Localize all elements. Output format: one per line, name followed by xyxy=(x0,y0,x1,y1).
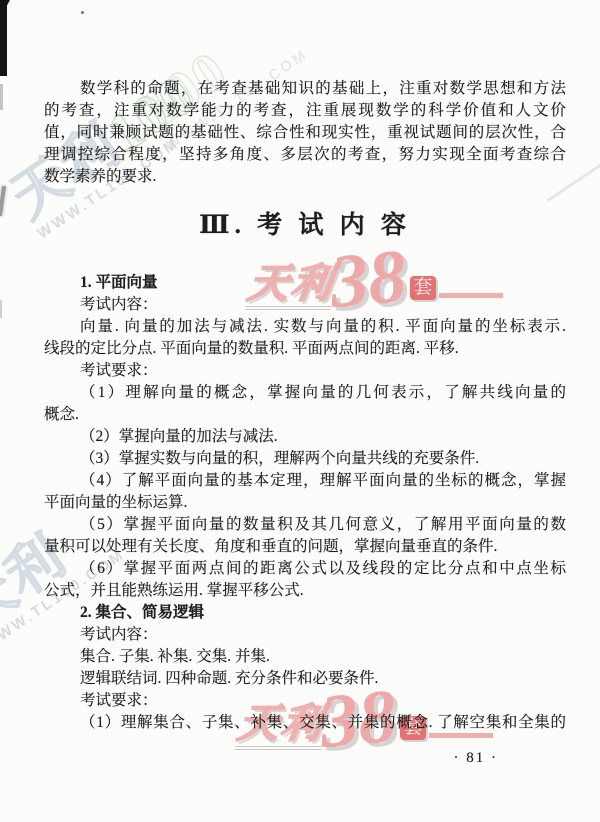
text-line: 线段的定比分点. 平面向量的数量积. 平面两点间的距离. 平移. xyxy=(44,338,566,360)
text-line: 平面向量的坐标运算. xyxy=(44,492,566,514)
text-line: 值，同时兼顾试题的基础性、综合性和现实性，重视试题间的层次性，合 xyxy=(44,122,566,144)
text-line: 考试要求： xyxy=(44,360,566,382)
text-line: 概念. xyxy=(44,404,566,426)
page-number: · 81 · xyxy=(44,748,566,768)
text-line: 考试内容： xyxy=(44,294,566,316)
text-line: 1. 平面向量 xyxy=(44,272,566,294)
text-line: 逻辑联结词. 四种命题. 充分条件和必要条件. xyxy=(44,668,566,690)
text-line: （1）理解集合、子集、补集、交集、并集的概念. 了解空集和全集的 xyxy=(44,712,566,734)
text-line: 的考查，注重对数学能力的考查，注重展现数学的科学价值和人文价 xyxy=(44,100,566,122)
page-content: 数学科的命题，在考查基础知识的基础上，注重对数学思想和方法的考查，注重对数学能力… xyxy=(0,0,600,768)
intro-paragraph: 数学科的命题，在考查基础知识的基础上，注重对数学思想和方法的考查，注重对数学能力… xyxy=(44,78,566,188)
scanned-document-page: 天利100 WWW.TL100.COM 100 WWW.TL100.COM 天利… xyxy=(0,0,600,822)
text-line: 理调控综合程度，坚持多角度、多层次的考查，努力实现全面考查综合 xyxy=(44,144,566,166)
text-line: （1）理解向量的概念，掌握向量的几何表示，了解共线向量的 xyxy=(44,382,566,404)
text-line: 量积可以处理有关长度、角度和垂直的问题，掌握向量垂直的条件. xyxy=(44,536,566,558)
text-line: 2. 集合、简易逻辑 xyxy=(44,602,566,624)
text-line: （5）掌握平面向量的数量积及其几何意义，了解用平面向量的数 xyxy=(44,514,566,536)
text-line: 公式，并且能熟练运用. 掌握平移公式. xyxy=(44,580,566,602)
text-line: 集合. 子集. 补集. 交集. 并集. xyxy=(44,646,566,668)
text-line: 数学素养的要求. xyxy=(44,166,566,188)
scan-dot-artifact xyxy=(81,11,84,14)
text-line: 考试要求： xyxy=(44,690,566,712)
syllabus-body: 1. 平面向量考试内容：向量. 向量的加法与减法. 实数与向量的积. 平面向量的… xyxy=(44,272,566,734)
text-line: 向量. 向量的加法与减法. 实数与向量的积. 平面向量的坐标表示. xyxy=(44,316,566,338)
text-line: 数学科的命题，在考查基础知识的基础上，注重对数学思想和方法 xyxy=(44,78,566,100)
section-heading: Ⅲ. 考 试 内 容 xyxy=(44,206,566,246)
text-line: （2）掌握向量的加法与减法. xyxy=(44,426,566,448)
text-line: 考试内容： xyxy=(44,624,566,646)
scan-smudge-artifact xyxy=(0,300,2,318)
text-line: （6）掌握平面两点间的距离公式以及线段的定比分点和中点坐标 xyxy=(44,558,566,580)
text-line: （3）掌握实数与向量的积，理解两个向量共线的充要条件. xyxy=(44,448,566,470)
text-line: （4）了解平面向量的基本定理，理解平面向量的坐标的概念，掌握 xyxy=(44,470,566,492)
scan-smudge-artifact xyxy=(0,84,3,110)
